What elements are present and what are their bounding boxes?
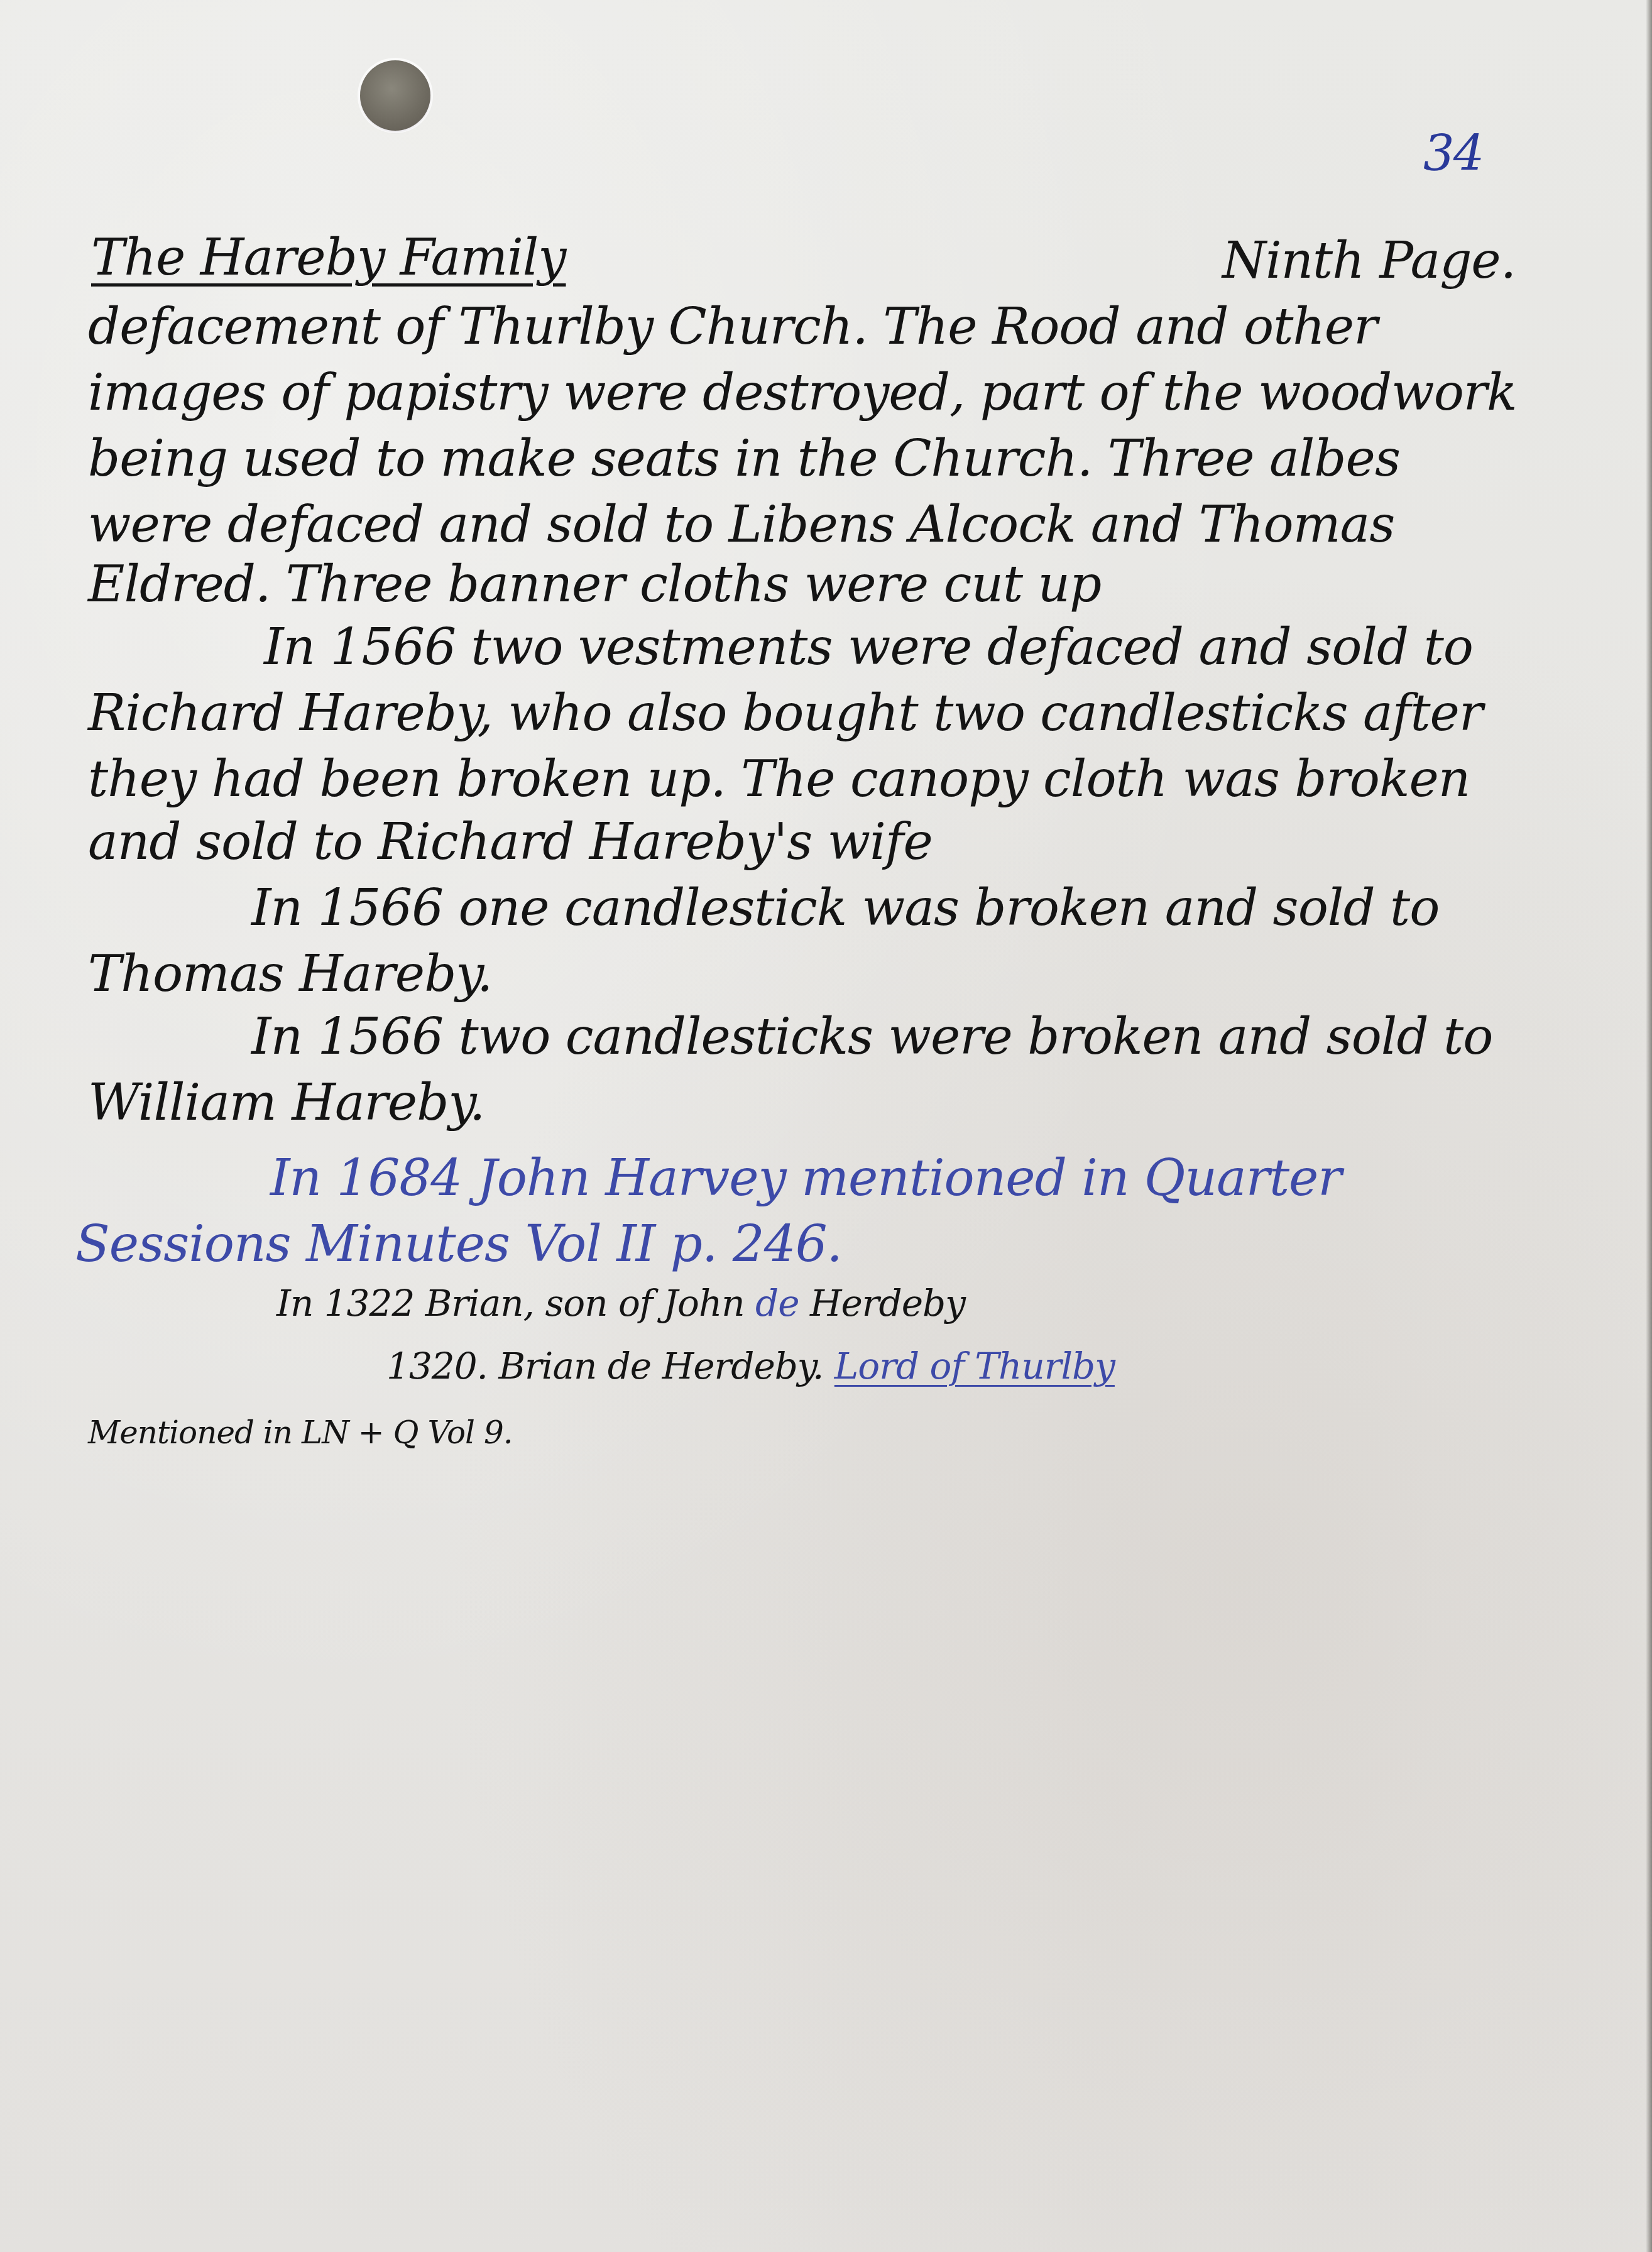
late-note-line: In 1322 Brian, son of John de Herdeby bbox=[276, 1285, 965, 1321]
text-line: Thomas Hareby. bbox=[88, 949, 492, 999]
late-note-blue-text: de bbox=[755, 1282, 799, 1325]
text-line: were defaced and sold to Libens Alcock a… bbox=[88, 500, 1394, 550]
text-line: images of papistry were destroyed, part … bbox=[88, 368, 1517, 418]
text-line: they had been broken up. The canopy clot… bbox=[88, 754, 1470, 804]
handwritten-page: 34 The Hareby Family Ninth Page. defacem… bbox=[0, 0, 1652, 2252]
page-number: 34 bbox=[1423, 126, 1483, 182]
text-line: Eldred. Three banner cloths were cut up bbox=[88, 559, 1101, 609]
punch-hole bbox=[360, 60, 430, 131]
text-line: In 1566 one candlestick was broken and s… bbox=[251, 883, 1439, 933]
page-label: Ninth Page. bbox=[1222, 236, 1516, 286]
text-line: being used to make seats in the Church. … bbox=[88, 434, 1400, 484]
text-line: defacement of Thurlby Church. The Rood a… bbox=[88, 302, 1377, 352]
late-note-text: 1320. Brian de Herdeby. bbox=[386, 1345, 823, 1387]
late-note-text: Herdeby bbox=[810, 1282, 965, 1325]
late-note-line: Mentioned in LN + Q Vol 9. bbox=[88, 1417, 513, 1448]
blue-note-line: Sessions Minutes Vol II p. 246. bbox=[75, 1219, 842, 1269]
text-line: William Hareby. bbox=[88, 1078, 484, 1128]
blue-note-line: In 1684 John Harvey mentioned in Quarter bbox=[270, 1153, 1342, 1203]
text-line: and sold to Richard Hareby's wife bbox=[88, 817, 933, 867]
late-note-text: In 1322 Brian, son of John bbox=[276, 1282, 745, 1325]
text-line: In 1566 two vestments were defaced and s… bbox=[264, 622, 1473, 672]
late-note-blue-text: Lord of Thurlby bbox=[834, 1345, 1115, 1387]
text-line: In 1566 two candlesticks were broken and… bbox=[251, 1012, 1492, 1062]
text-line: Richard Hareby, who also bought two cand… bbox=[88, 688, 1482, 738]
page-edge-shadow bbox=[1646, 0, 1652, 2252]
late-note-line: 1320. Brian de Herdeby. Lord of Thurlby bbox=[386, 1348, 1115, 1384]
page-title: The Hareby Family bbox=[91, 232, 566, 283]
